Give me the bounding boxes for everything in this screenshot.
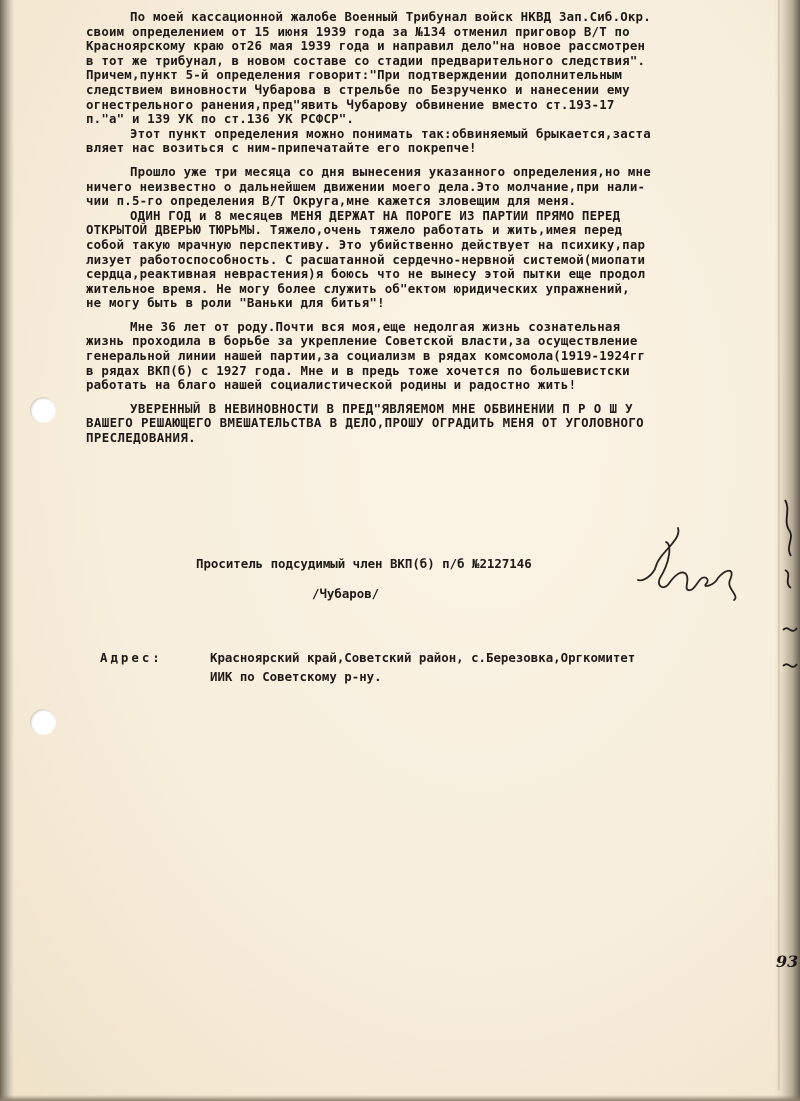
text-line: в рядах ВКП(б) с 1927 года. Мне и в пред… <box>86 364 800 379</box>
text-line: Этот пункт определения можно понимать та… <box>86 127 800 142</box>
text-line: Мне 36 лет от роду.Почти вся моя,еще нед… <box>86 320 800 335</box>
letter-body: По моей кассационной жалобе Военный Триб… <box>86 10 800 446</box>
bottom-paper-edge <box>0 1095 800 1101</box>
text-line: генеральной линии нашей партии,за социал… <box>86 349 800 364</box>
text-line: вляет нас возиться с ним-припечатайте ег… <box>86 141 800 156</box>
punch-hole-icon <box>30 397 56 423</box>
text-line: ВАШЕГО РЕШАЮЩЕГО ВМЕШАТЕЛЬСТВА В ДЕЛО,ПР… <box>86 416 800 431</box>
text-line: жительное время. Не могу более служить о… <box>86 282 800 297</box>
text-line: По моей кассационной жалобе Военный Триб… <box>86 10 800 25</box>
text-line: Прошло уже три месяца со дня вынесения у… <box>86 165 800 180</box>
text-line: следствием виновности Чубарова в стрельб… <box>86 83 800 98</box>
text-line: собой такую мрачную перспективу. Это уби… <box>86 238 800 253</box>
text-line: своим определением от 15 июня 1939 года … <box>86 25 800 40</box>
signer-name: /Чубаров/ <box>312 586 379 601</box>
text-line: ничего неизвестно о дальнейшем движении … <box>86 180 800 195</box>
text-line: ОТКРЫТОЙ ДВЕРЬЮ ТЮРЬМЫ. Тяжело,очень тяж… <box>86 223 800 238</box>
margin-handwriting-icon <box>781 490 800 680</box>
text-line: не могу быть в роли "Ваньки для битья"! <box>86 296 800 311</box>
text-line: ПРЕСЛЕДОВАНИЯ. <box>86 431 800 446</box>
punch-hole-icon <box>30 709 56 735</box>
text-line: п."а" и 139 УК по ст.136 УК РСФСР". <box>86 112 800 127</box>
petitioner-line: Проситель подсудимый член ВКП(б) п/б №21… <box>196 556 532 571</box>
address-label: Адрес: <box>100 650 163 665</box>
text-line: лизует работоспособность. С расшатанной … <box>86 253 800 268</box>
handwritten-signature-icon <box>630 522 750 602</box>
text-line: Красноярскому краю от26 мая 1939 года и … <box>86 39 800 54</box>
page-number: 93 <box>776 952 798 971</box>
text-line: работать на благо нашей социалистической… <box>86 378 800 393</box>
left-paper-edge <box>0 0 14 1101</box>
text-line: в тот же трибунал, в новом составе со ст… <box>86 54 800 69</box>
address-line-1: Красноярский край,Советский район, с.Бер… <box>210 650 635 665</box>
address-line-2: ИИК по Советскому р-ну. <box>210 669 382 684</box>
text-line: огнестрельного ранения,пред"явить Чубаро… <box>86 98 800 113</box>
text-line: чии п.5-го определения В/Т Округа,мне ка… <box>86 194 800 209</box>
text-line: Причем,пункт 5-й определения говорит:"Пр… <box>86 68 800 83</box>
text-line: ОДИН ГОД и 8 месяцев МЕНЯ ДЕРЖАТ НА ПОРО… <box>86 209 800 224</box>
text-line: жизнь проходила в борьбе за укрепление С… <box>86 334 800 349</box>
text-line: УВЕРЕННЫЙ В НЕВИНОВНОСТИ В ПРЕД"ЯВЛЯЕМОМ… <box>86 402 800 417</box>
text-line: сердца,реактивная неврастения)я боюсь чт… <box>86 267 800 282</box>
